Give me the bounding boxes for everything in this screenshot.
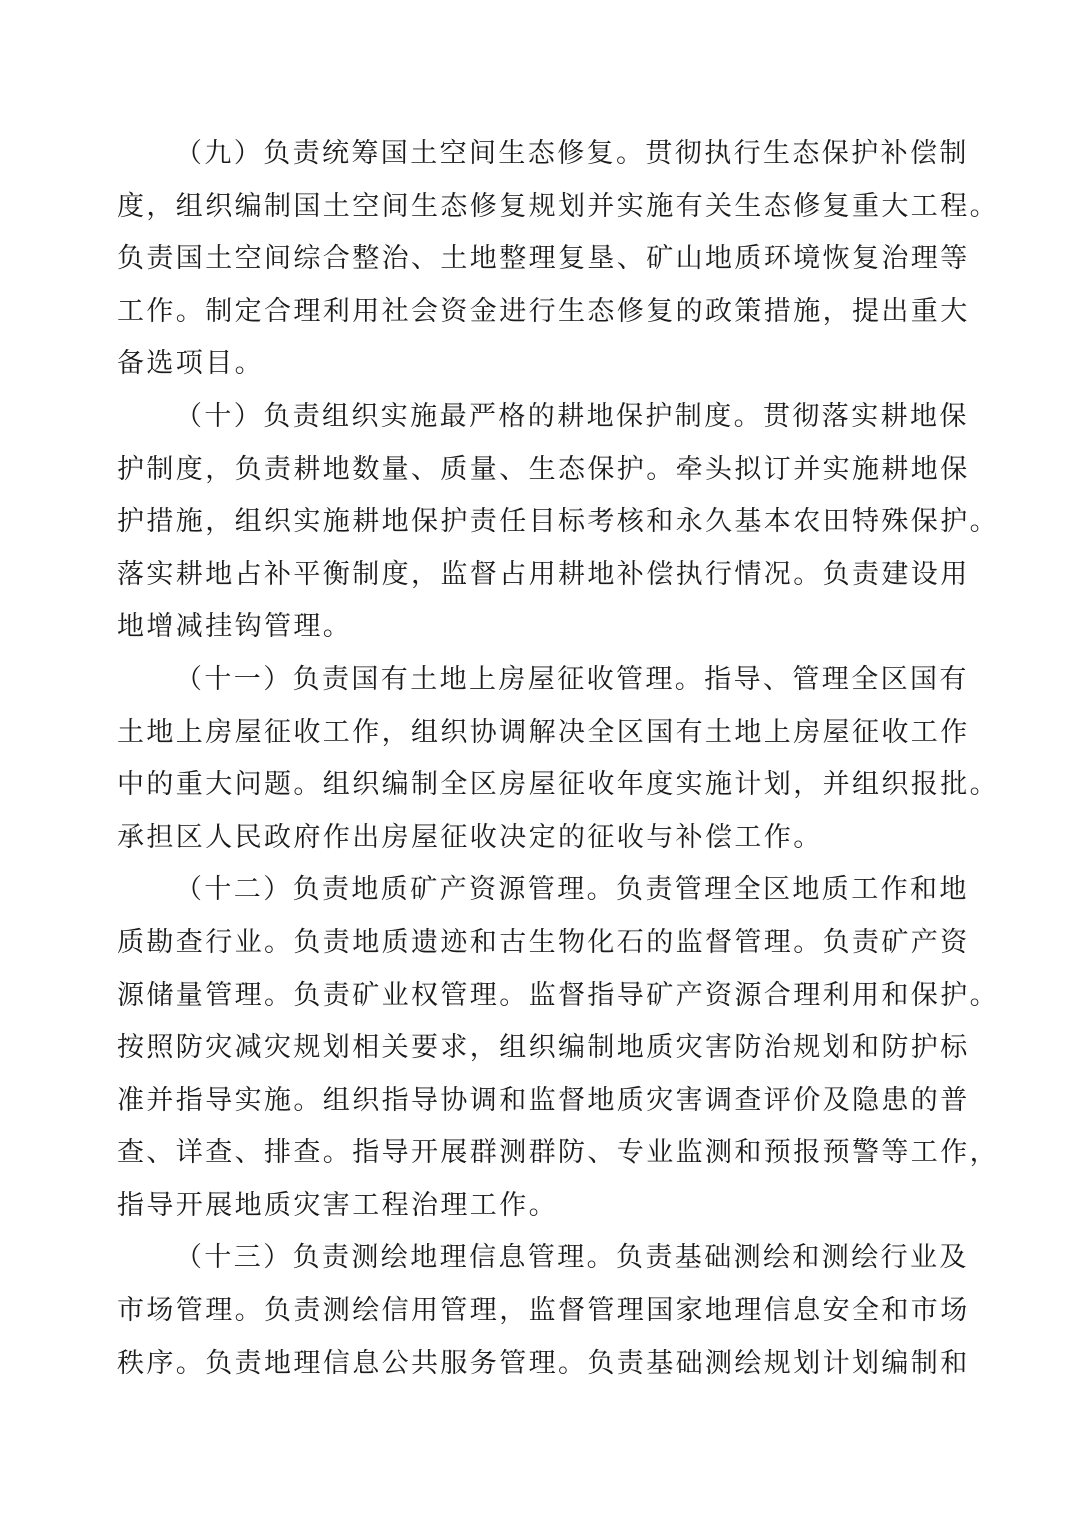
paragraph-13: （十三）负责测绘地理信息管理。负责基础测绘和测绘行业及 市场管理。负责测绘信用管…: [117, 1232, 957, 1390]
text-line: 地增减挂钩管理。: [117, 601, 957, 654]
document-page: （九）负责统筹国土空间生态修复。贯彻执行生态保护补偿制 度，组织编制国土空间生态…: [0, 0, 1074, 1520]
paragraph-10: （十）负责组织实施最严格的耕地保护制度。贯彻落实耕地保 护制度，负责耕地数量、质…: [117, 391, 957, 654]
text-line: 工作。制定合理利用社会资金进行生态修复的政策措施，提出重大: [117, 286, 957, 339]
text-line: 按照防灾减灾规划相关要求，组织编制地质灾害防治规划和防护标: [117, 1022, 957, 1075]
text-line: （十三）负责测绘地理信息管理。负责基础测绘和测绘行业及: [117, 1232, 957, 1285]
text-line: （十一）负责国有土地上房屋征收管理。指导、管理全区国有: [117, 654, 957, 707]
paragraph-12: （十二）负责地质矿产资源管理。负责管理全区地质工作和地 质勘查行业。负责地质遗迹…: [117, 864, 957, 1232]
text-line: 落实耕地占补平衡制度，监督占用耕地补偿执行情况。负责建设用: [117, 549, 957, 602]
text-line: 秩序。负责地理信息公共服务管理。负责基础测绘规划计划编制和: [117, 1338, 957, 1391]
text-line: 负责国土空间综合整治、土地整理复垦、矿山地质环境恢复治理等: [117, 233, 957, 286]
text-line: 土地上房屋征收工作，组织协调解决全区国有土地上房屋征收工作: [117, 707, 957, 760]
text-line: 备选项目。: [117, 338, 957, 391]
text-line: （十）负责组织实施最严格的耕地保护制度。贯彻落实耕地保: [117, 391, 957, 444]
paragraph-9: （九）负责统筹国土空间生态修复。贯彻执行生态保护补偿制 度，组织编制国土空间生态…: [117, 128, 957, 391]
text-line: 护措施，组织实施耕地保护责任目标考核和永久基本农田特殊保护。: [117, 496, 957, 549]
text-line: 度，组织编制国土空间生态修复规划并实施有关生态修复重大工程。: [117, 181, 957, 234]
text-line: 指导开展地质灾害工程治理工作。: [117, 1180, 957, 1233]
paragraph-11: （十一）负责国有土地上房屋征收管理。指导、管理全区国有 土地上房屋征收工作，组织…: [117, 654, 957, 864]
text-line: 源储量管理。负责矿业权管理。监督指导矿产资源合理利用和保护。: [117, 970, 957, 1023]
text-line: 查、详查、排查。指导开展群测群防、专业监测和预报预警等工作，: [117, 1127, 957, 1180]
text-line: 市场管理。负责测绘信用管理，监督管理国家地理信息安全和市场: [117, 1285, 957, 1338]
text-line: 质勘查行业。负责地质遗迹和古生物化石的监督管理。负责矿产资: [117, 917, 957, 970]
document-body: （九）负责统筹国土空间生态修复。贯彻执行生态保护补偿制 度，组织编制国土空间生态…: [117, 128, 957, 1390]
text-line: 中的重大问题。组织编制全区房屋征收年度实施计划，并组织报批。: [117, 759, 957, 812]
text-line: 承担区人民政府作出房屋征收决定的征收与补偿工作。: [117, 812, 957, 865]
text-line: 准并指导实施。组织指导协调和监督地质灾害调查评价及隐患的普: [117, 1075, 957, 1128]
text-line: （九）负责统筹国土空间生态修复。贯彻执行生态保护补偿制: [117, 128, 957, 181]
text-line: （十二）负责地质矿产资源管理。负责管理全区地质工作和地: [117, 864, 957, 917]
text-line: 护制度，负责耕地数量、质量、生态保护。牵头拟订并实施耕地保: [117, 444, 957, 497]
